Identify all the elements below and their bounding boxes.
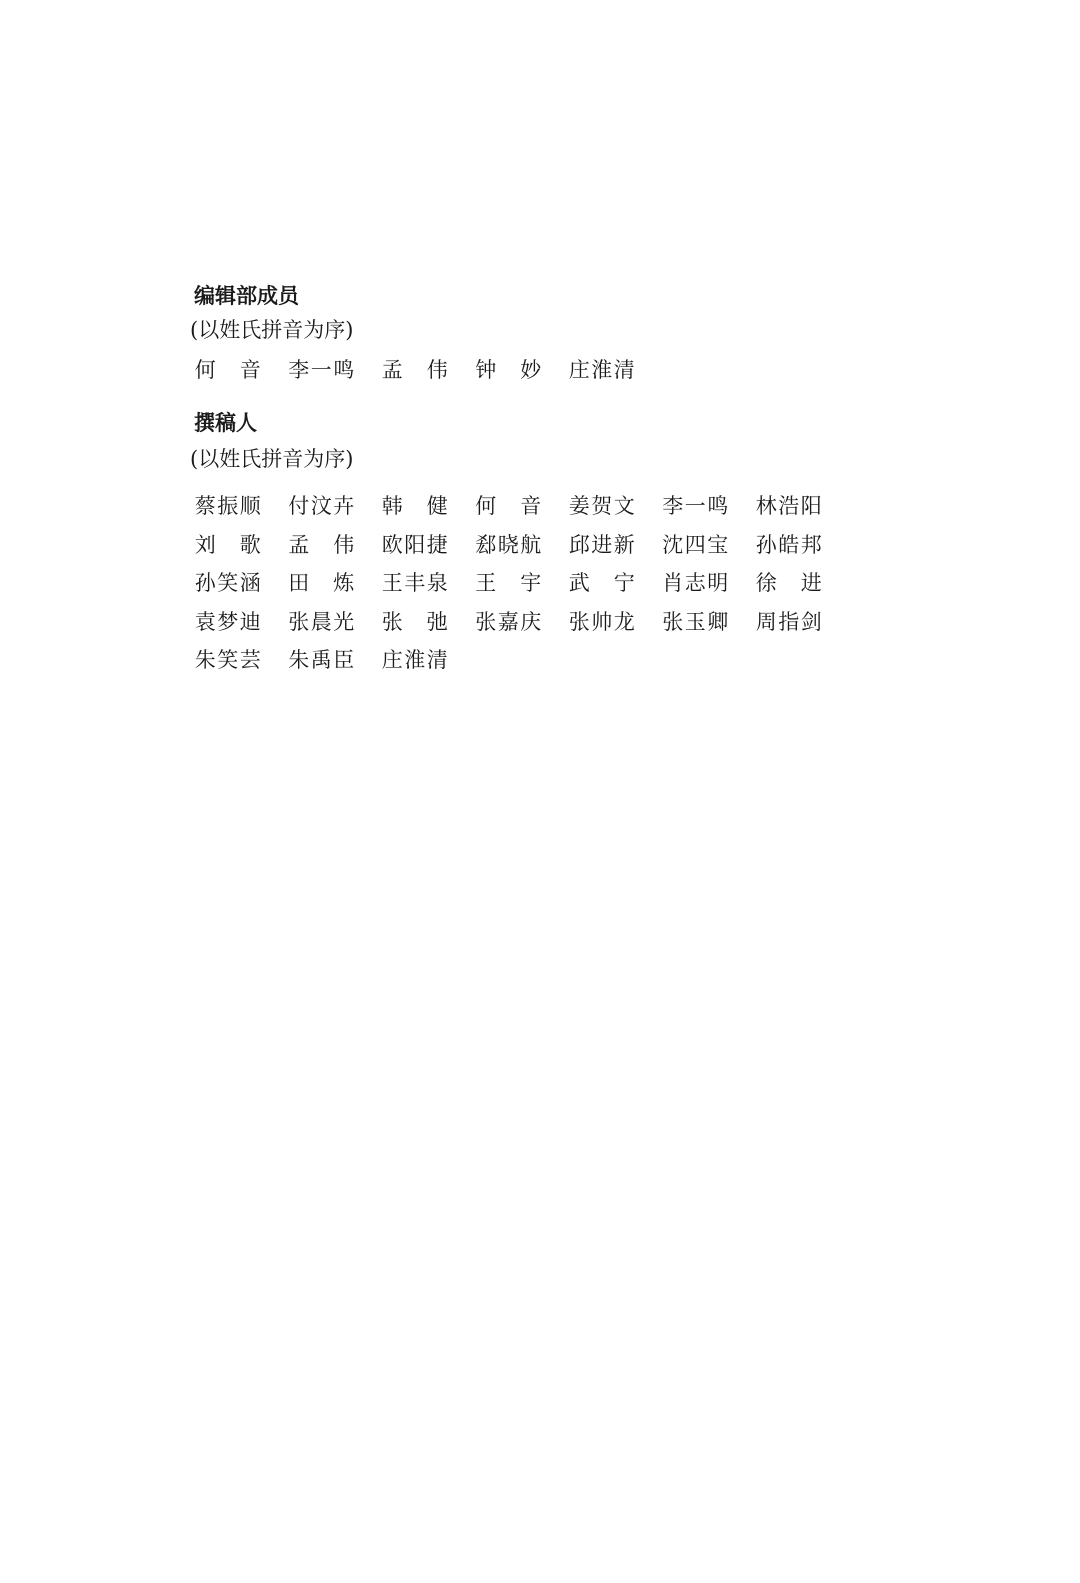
person-name: 庄淮清 [568,354,662,384]
person-name: 邱进新 [568,529,662,559]
person-name: 徐进 [755,567,849,597]
person-name: 孟伟 [381,354,475,384]
person-name: 王宇 [475,567,569,597]
person-name: 袁梦迪 [194,606,288,636]
person-name: 何音 [194,354,288,384]
writers-row: 蔡振顺付汶卉韩健何音姜贺文李一鸣林浩阳 [194,486,849,525]
person-name: 武宁 [568,567,662,597]
editorial-order-note: (以姓氏拼音为序) [190,318,353,342]
person-name: 蔡振顺 [194,490,288,520]
person-name: 沈四宝 [662,529,756,559]
person-name: 孙皓邦 [755,529,849,559]
writers-list: 蔡振顺付汶卉韩健何音姜贺文李一鸣林浩阳刘歌孟伟欧阳捷郄晓航邱进新沈四宝孙皓邦孙笑… [194,486,849,679]
person-name: 孙笑涵 [194,567,288,597]
person-name: 姜贺文 [568,490,662,520]
person-name: 朱笑芸 [194,644,288,674]
person-name: 刘歌 [194,529,288,559]
person-name: 李一鸣 [288,354,382,384]
person-name: 周指剑 [755,606,849,636]
person-name: 张帅龙 [568,606,662,636]
person-name: 李一鸣 [662,490,756,520]
person-name: 张嘉庆 [475,606,569,636]
writers-row: 孙笑涵田炼王丰泉王宇武宁肖志明徐进 [194,563,849,602]
writers-row: 袁梦迪张晨光张弛张嘉庆张帅龙张玉卿周指剑 [194,602,849,641]
writers-row: 朱笑芸朱禹臣庄淮清 [194,640,849,679]
person-name: 田炼 [288,567,382,597]
writers-order-note: (以姓氏拼音为序) [190,447,353,471]
person-name: 朱禹臣 [288,644,382,674]
person-name: 欧阳捷 [381,529,475,559]
person-name: 郄晓航 [475,529,569,559]
person-name: 钟妙 [475,354,569,384]
person-name: 张玉卿 [662,606,756,636]
writers-heading: 撰稿人 [194,411,257,435]
person-name: 林浩阳 [755,490,849,520]
person-name: 张弛 [381,606,475,636]
editorial-members-list: 何音李一鸣孟伟钟妙庄淮清 [194,350,662,389]
editorial-members-row: 何音李一鸣孟伟钟妙庄淮清 [194,350,662,389]
person-name: 庄淮清 [381,644,475,674]
person-name: 王丰泉 [381,567,475,597]
document-page: 编辑部成员 (以姓氏拼音为序) 何音李一鸣孟伟钟妙庄淮清 撰稿人 (以姓氏拼音为… [0,0,1080,1583]
person-name: 韩健 [381,490,475,520]
person-name: 孟伟 [288,529,382,559]
editorial-heading: 编辑部成员 [194,284,299,308]
person-name: 付汶卉 [288,490,382,520]
person-name: 何音 [475,490,569,520]
writers-row: 刘歌孟伟欧阳捷郄晓航邱进新沈四宝孙皓邦 [194,525,849,564]
person-name: 肖志明 [662,567,756,597]
person-name: 张晨光 [288,606,382,636]
